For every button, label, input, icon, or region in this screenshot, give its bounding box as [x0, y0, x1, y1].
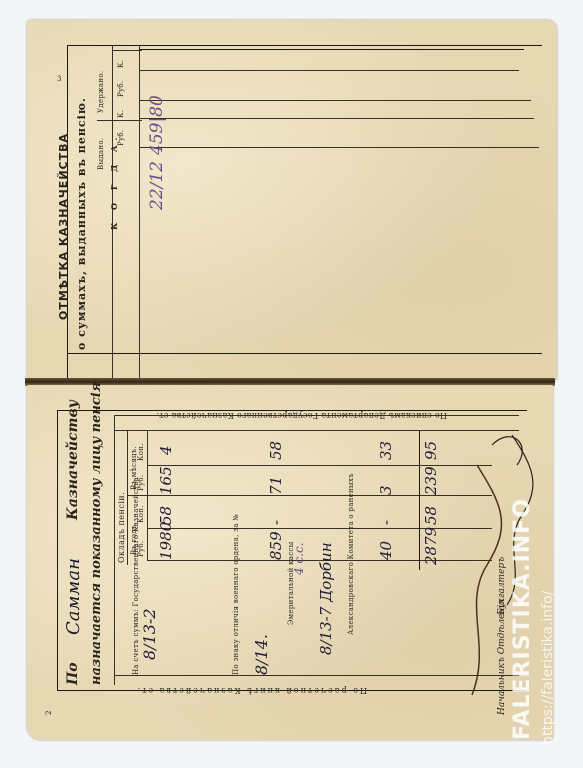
treasury-month-kop: 4 — [157, 445, 175, 455]
col-divider — [139, 45, 140, 380]
col-header-issued: Выдано. — [97, 138, 105, 170]
committee-month-rub: 3 — [377, 485, 395, 495]
row-label-treasury: На счетъ суммъ: Государственнаго Казначе… — [132, 477, 140, 675]
frame-bottom — [67, 353, 542, 354]
row-label-alexander-committee: Александровскаго Комитета о раненыхъ — [347, 473, 355, 635]
frame-left — [57, 410, 58, 690]
committee-year-rub: 40 — [377, 541, 395, 560]
header-suffix: Казначейству — [65, 400, 81, 520]
handwritten-treasury-name: Самман — [63, 558, 84, 635]
committee-month-kop: 33 — [377, 441, 395, 460]
header-line2: назначается показанному лицу пенсія — [89, 382, 104, 685]
row-line — [139, 118, 534, 119]
order-month-rub: 71 — [267, 476, 285, 495]
row-line — [139, 49, 524, 50]
treasury-year-rub: 1980 — [157, 522, 175, 560]
row-label-military-order: По знаку отличія военнаго ордена, за № — [232, 514, 240, 675]
col-header-withheld: Удержано. — [97, 71, 105, 113]
row-ref-military-order: 8/14. — [252, 634, 271, 675]
pension-salary-header: Окладъ пенсіи. — [117, 492, 126, 563]
page-number: 3 — [57, 75, 62, 83]
row-line — [139, 70, 519, 71]
watermark-brand: FALERISTIKA.INFO — [510, 498, 535, 740]
order-year-kop: - — [267, 520, 285, 525]
total-line — [419, 430, 420, 570]
month-kop-header: Коп. — [137, 443, 145, 461]
header-divider — [97, 120, 142, 121]
col-header-issued-kop: К. — [117, 110, 125, 118]
col-divider — [114, 415, 115, 685]
col-header-when: К О Г Д А. — [109, 133, 119, 230]
handwritten-date: 22/12 — [147, 161, 167, 210]
watermark-url: https://faleristika.info/ — [540, 591, 556, 745]
col-divider — [127, 430, 128, 565]
header-divider — [112, 50, 142, 51]
committee-year-kop: - — [377, 520, 395, 525]
treasury-year-kop: 58 — [157, 506, 175, 525]
header-prefix: По — [65, 662, 81, 685]
treasury-mark-subtitle: о суммахъ, выданныхъ въ пенсію. — [75, 97, 88, 350]
col-header-withheld-kop: К. — [117, 60, 125, 68]
col-header-issued-rub: Руб. — [117, 130, 125, 146]
row-line — [139, 100, 531, 101]
order-year-rub: 859 — [267, 531, 285, 560]
row-ref-treasury: 8/13-2 — [140, 608, 159, 660]
page-number: 2 — [45, 710, 53, 715]
row-ref-alexander-committee: 8/13-7 Дорбин — [317, 542, 335, 655]
col-header-withheld-rub: Руб. — [117, 81, 125, 97]
row-ref-emeritus: 4 с.с. — [292, 542, 306, 575]
order-month-kop: 58 — [267, 441, 285, 460]
treasury-month-rub: 165 — [157, 466, 175, 495]
top-note: По спискамъ Департамента Государственнаг… — [156, 411, 447, 420]
bottom-note: По расчетной книгѣ Казначейства ст. — [136, 686, 367, 695]
top-page: 3 ОТМѢТКА КАЗНАЧЕЙСТВА о суммахъ, выданн… — [27, 20, 557, 380]
bottom-page: 2 По Самман Казначейству назначается пок… — [27, 385, 553, 740]
row-line — [139, 147, 539, 148]
treasury-mark-title: ОТМѢТКА КАЗНАЧЕЙСТВА — [57, 133, 70, 320]
handwritten-amount: 459|80 — [147, 95, 167, 155]
